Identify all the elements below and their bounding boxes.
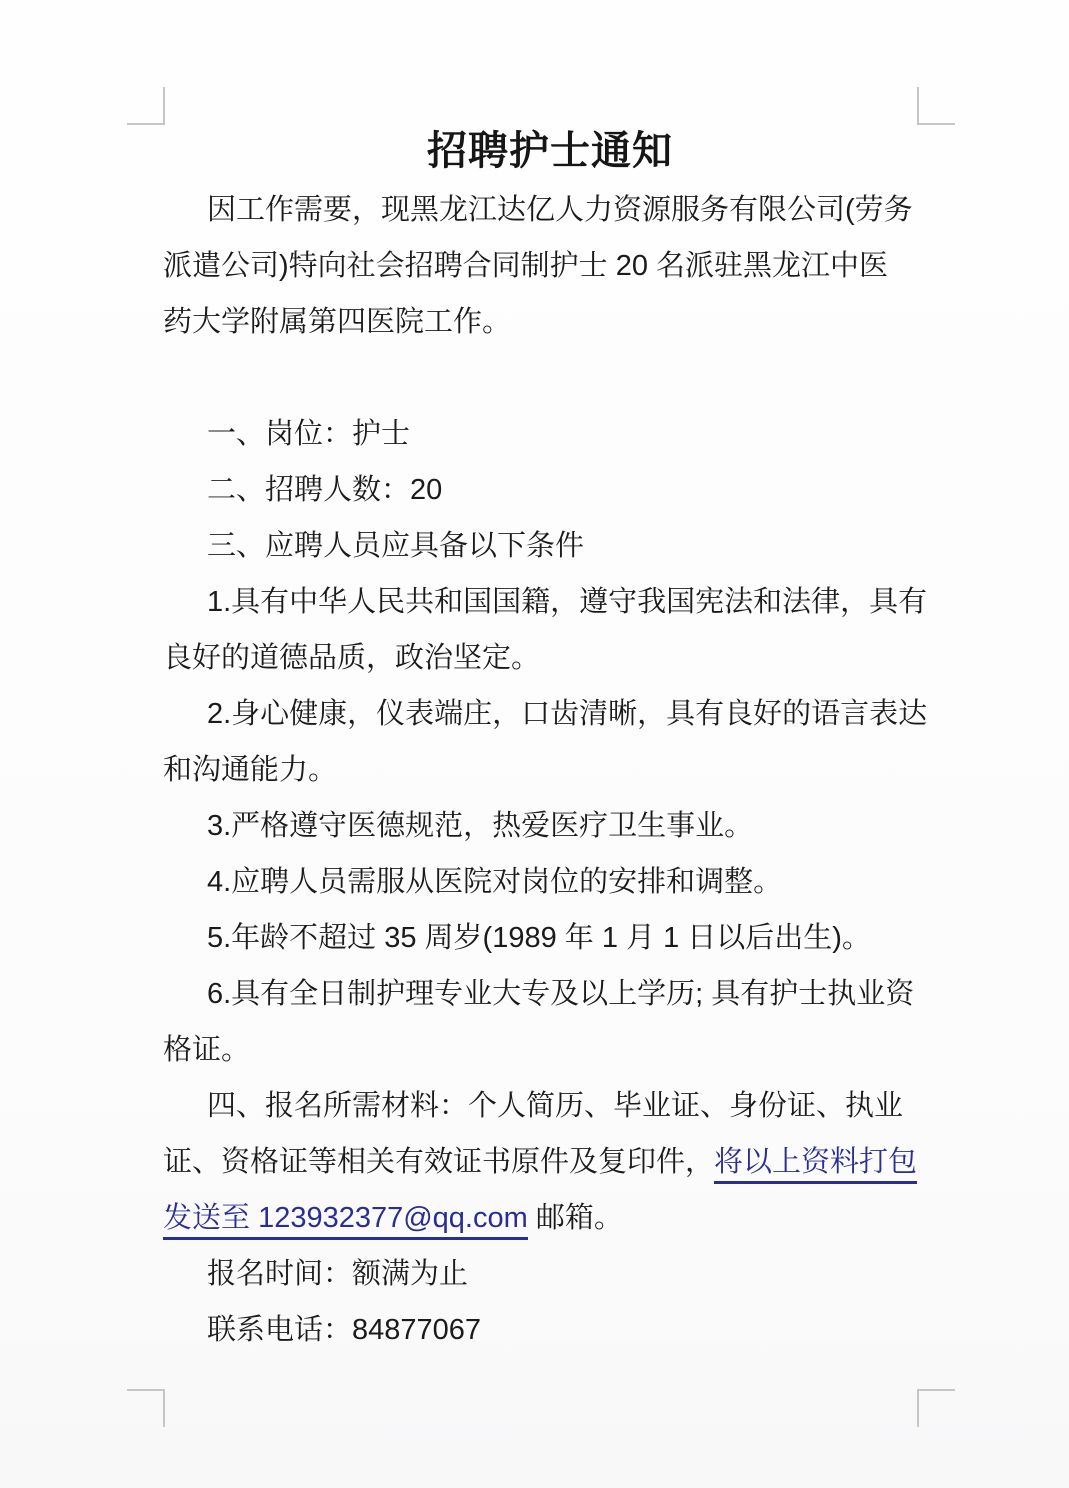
email-address: 123932377@qq.com <box>258 1202 528 1234</box>
requirement-4: 4.应聘人员需服从医院对岗位的安排和调整。 <box>163 854 917 910</box>
requirement-6-line-1: 6.具有全日制护理专业大专及以上学历; 具有护士执业资 <box>163 966 917 1022</box>
margin-corner-top-right <box>917 87 955 125</box>
email-line-suffix: 邮箱。 <box>528 1202 623 1234</box>
requirement-1-line-2: 良好的道德品质，政治坚定。 <box>163 630 917 686</box>
item-requirements-heading: 三、应聘人员应具备以下条件 <box>163 518 917 574</box>
signup-time-line: 报名时间：额满为止 <box>163 1246 917 1302</box>
requirement-2-line-1: 2.身心健康，仪表端庄，口齿清晰，具有良好的语言表达 <box>163 686 917 742</box>
item-headcount: 二、招聘人数：20 <box>163 462 917 518</box>
intro-line-3: 药大学附属第四医院工作。 <box>163 294 917 350</box>
blank-line <box>163 350 917 406</box>
contact-phone-line: 联系电话：84877067 <box>163 1302 917 1358</box>
margin-corner-bottom-left <box>127 1389 165 1427</box>
item-materials-line-1: 四、报名所需材料：个人简历、毕业证、身份证、执业 <box>163 1078 917 1134</box>
document-title: 招聘护士通知 <box>163 120 917 182</box>
requirement-2-line-2: 和沟通能力。 <box>163 742 917 798</box>
email-line: 发送至 123932377@qq.com 邮箱。 <box>163 1190 917 1246</box>
requirement-6-line-2: 格证。 <box>163 1022 917 1078</box>
requirement-5: 5.年龄不超过 35 周岁(1989 年 1 月 1 日以后出生)。 <box>163 910 917 966</box>
item-materials-line-2: 证、资格证等相关有效证书原件及复印件，将以上资料打包 <box>163 1134 917 1190</box>
margin-corner-top-left <box>127 87 165 125</box>
requirement-1-line-1: 1.具有中华人民共和国国籍，遵守我国宪法和法律，具有 <box>163 574 917 630</box>
document-body: 招聘护士通知 因工作需要，现黑龙江达亿人力资源服务有限公司(劳务 派遣公司)特向… <box>163 120 917 1358</box>
margin-corner-bottom-right <box>917 1389 955 1427</box>
materials-line-2-text: 证、资格证等相关有效证书原件及复印件， <box>163 1146 714 1178</box>
email-hyperlink[interactable]: 发送至 123932377@qq.com <box>163 1202 528 1240</box>
intro-line-1: 因工作需要，现黑龙江达亿人力资源服务有限公司(劳务 <box>163 182 917 238</box>
document-page: 招聘护士通知 因工作需要，现黑龙江达亿人力资源服务有限公司(劳务 派遣公司)特向… <box>0 0 1069 1488</box>
email-hyperlink-prefix: 发送至 <box>163 1202 258 1234</box>
package-hyperlink-part-1[interactable]: 将以上资料打包 <box>714 1146 917 1184</box>
item-position: 一、岗位：护士 <box>163 406 917 462</box>
requirement-3: 3.严格遵守医德规范，热爱医疗卫生事业。 <box>163 798 917 854</box>
intro-line-2: 派遣公司)特向社会招聘合同制护士 20 名派驻黑龙江中医 <box>163 238 917 294</box>
